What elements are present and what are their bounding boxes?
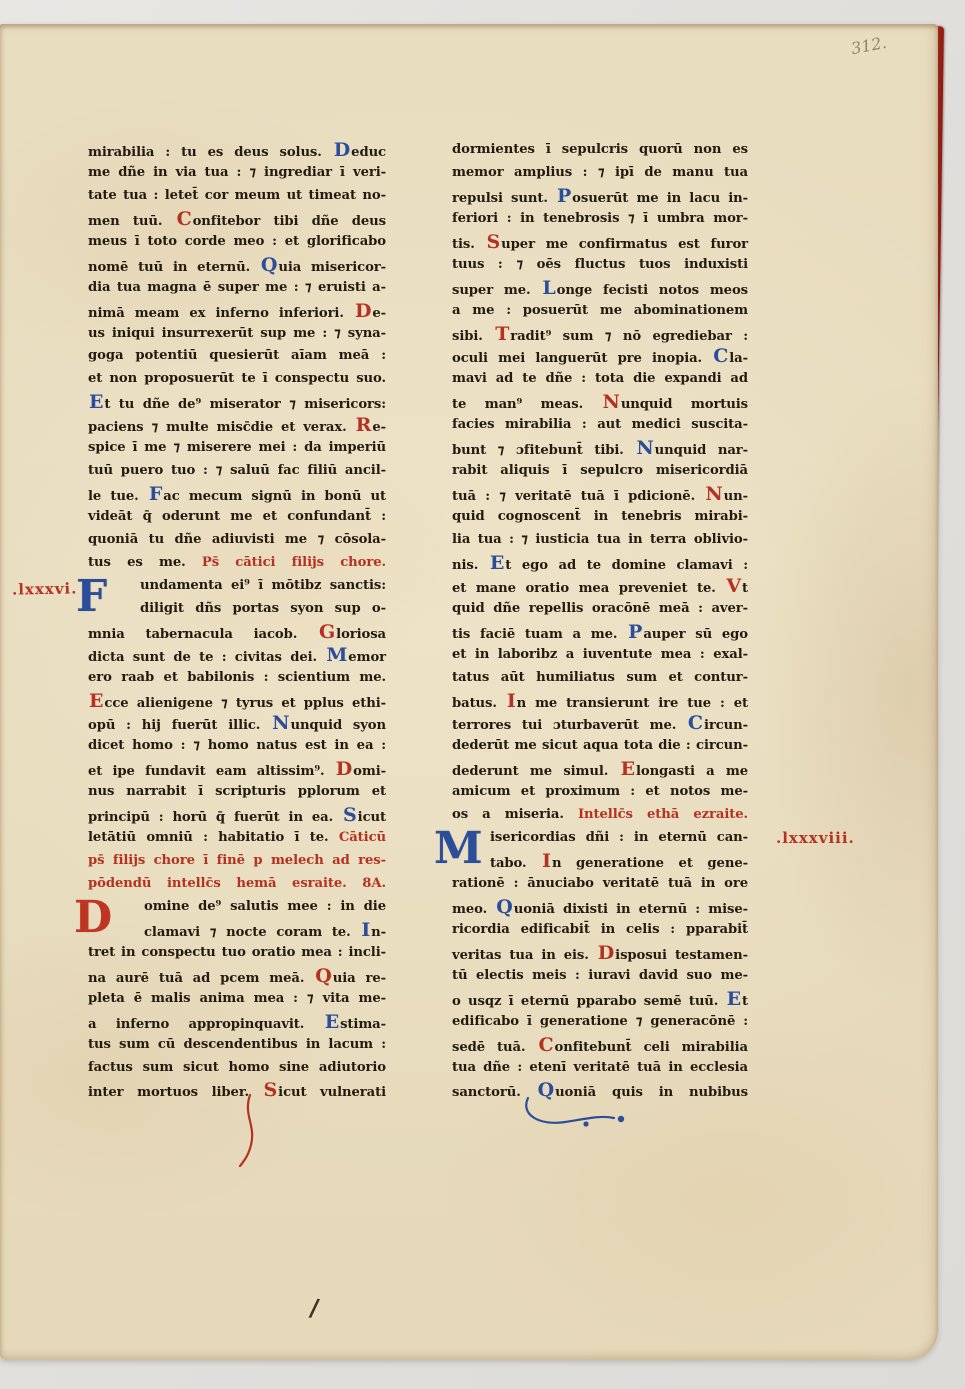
text-line: te man⁹ meas. Nunquid mortuis xyxy=(452,391,748,414)
body-text: onfitebunt̄ celi mirabilia xyxy=(555,1040,748,1055)
lombard-initial: R xyxy=(355,414,373,436)
lombard-initial: C xyxy=(712,345,729,367)
body-text: uia misericor- xyxy=(278,260,386,275)
text-line: ero raab et babilonis : scientium me. xyxy=(88,667,386,690)
body-text: letātiū omniū : habitatio ī te. xyxy=(88,830,339,845)
body-text: feriori : in tenebrosis ⁊ ī umbra mor- xyxy=(452,211,748,226)
lombard-initial: E xyxy=(88,391,104,413)
text-line: facies mirabilia : aut medici suscita- xyxy=(452,414,748,437)
body-text: tū electis meis : iuravi david suo me- xyxy=(452,968,748,983)
text-line: Misericordias dñi : in eternū can- xyxy=(452,827,748,850)
rubric-text: Ps̄ cātici filijs chore. xyxy=(202,555,386,570)
text-line: mavi ad te dñe : tota die expandi ad xyxy=(452,368,748,391)
body-text: repulsi sunt. xyxy=(452,191,556,206)
body-text: super me. xyxy=(452,283,541,298)
text-line: rabit aliquis ī sepulcro misericordiā xyxy=(452,460,748,483)
text-line: tus es me. Ps̄ cātici filijs chore. xyxy=(88,552,386,575)
text-line: clamavi ⁊ nocte coram te. In- xyxy=(88,919,386,942)
body-text: quid cognoscent̄ in tenebris mirabi- xyxy=(452,509,748,524)
lombard-initial: Q xyxy=(314,965,332,987)
body-text: tate tua : letet̄ cor meum ut timeat no- xyxy=(88,188,386,203)
body-text: a inferno appropinquavit. xyxy=(88,1017,324,1032)
text-line: batus. In me transierunt ire tue : et xyxy=(452,690,748,713)
body-text: rabit aliquis ī sepulcro misericordiā xyxy=(452,463,748,478)
lombard-initial: L xyxy=(541,277,556,299)
text-line: quid cognoscent̄ in tenebris mirabi- xyxy=(452,506,748,529)
lombard-initial: I xyxy=(360,919,371,941)
lombard-initial: P xyxy=(556,185,572,207)
lombard-initial: P xyxy=(627,621,643,643)
body-text: unquid mortuis xyxy=(621,397,748,412)
body-text: sibi. xyxy=(452,329,494,344)
body-text: tabo. xyxy=(490,856,541,871)
text-line: meus ī toto corde meo : et glorificabo xyxy=(88,231,386,254)
lombard-initial: C xyxy=(537,1034,554,1056)
text-line: tuū puero tuo : ⁊ saluū fac filiū ancil- xyxy=(88,460,386,483)
text-line: Fundamenta ei⁹ ī mōtibz sanctis: xyxy=(88,575,386,598)
text-line: principū : horū q̄ fuerūt in ea. Sicut xyxy=(88,804,386,827)
text-line: sedē tuā. Confitebunt̄ celi mirabilia xyxy=(452,1034,748,1057)
body-text: un- xyxy=(724,489,748,504)
body-text: mirabilia : tu es deus solus. xyxy=(88,145,333,160)
rubric-text: ps̄ filijs chore ī finē p melech ad res- xyxy=(88,853,386,868)
lombard-initial: N xyxy=(635,437,654,459)
body-text: omine de⁹ salutis mee : in die xyxy=(144,899,386,914)
body-text: meus ī toto corde meo : et glorificabo xyxy=(88,234,386,249)
text-line: dicta sunt de te : civitas dei. Memor xyxy=(88,644,386,667)
text-line: tuā : ⁊ veritatē tuā ī pdicionē. Nun- xyxy=(452,483,748,506)
lombard-initial: C xyxy=(176,208,193,230)
lombard-initial: I xyxy=(506,690,517,712)
psalm-number-margin-left: .lxxxvi. xyxy=(12,579,78,598)
lombard-initial: D xyxy=(335,758,353,780)
text-line: et mane oratio mea preveniet te. Vt xyxy=(452,575,748,598)
lombard-initial: N xyxy=(704,483,723,505)
body-text: te man⁹ meas. xyxy=(452,397,602,412)
body-text: opū : hij fuerūt illic. xyxy=(88,718,271,733)
lombard-initial: I xyxy=(541,850,552,872)
text-line: us iniqui insurrexerūt sup me : ⁊ syna- xyxy=(88,323,386,346)
lombard-initial: G xyxy=(318,621,336,643)
body-text: tus sum cū descendentibus in lacum : xyxy=(88,1037,386,1052)
text-line: na aurē tuā ad pcem meā. Quia re- xyxy=(88,965,386,988)
body-text: memor amplius : ⁊ ipī de manu tua xyxy=(452,165,748,180)
text-line: inter mortuos liber. Sicut vulnerati xyxy=(88,1079,386,1102)
body-text: nomē tuū in eternū. xyxy=(88,260,260,275)
text-line: o usqz ī eternū pparabo semē tuū. Et xyxy=(452,988,748,1011)
text-line: dormientes ī sepulcris quorū non es xyxy=(452,139,748,162)
body-text: t xyxy=(742,994,748,1009)
body-text: onfitebor tibi dñe deus xyxy=(193,214,386,229)
lombard-initial: E xyxy=(726,988,742,1010)
body-text: osuerūt me in lacu in- xyxy=(572,191,748,206)
text-line: amicum et proximum : et notos me- xyxy=(452,781,748,804)
text-line: me dñe in via tua : ⁊ ingrediar ī veri- xyxy=(88,162,386,185)
text-line: tis. Super me confirmatus est furor xyxy=(452,231,748,254)
lombard-initial: D xyxy=(597,942,615,964)
body-text: dederūt me sicut aqua tota die : circun- xyxy=(452,738,748,753)
text-line: tabo. In generatione et gene- xyxy=(452,850,748,873)
body-text: dormientes ī sepulcris quorū non es xyxy=(452,142,748,157)
body-text: tret in conspectu tuo oratio mea : incli… xyxy=(88,945,386,960)
body-text: nimā meam ex inferno inferiori. xyxy=(88,306,354,321)
body-text: rationē : ānuciabo veritatē tuā in ore xyxy=(452,876,748,891)
body-text: isposui testamen- xyxy=(615,948,748,963)
text-line: nomē tuū in eternū. Quia misericor- xyxy=(88,254,386,277)
text-line: Et tu dñe de⁹ miserator ⁊ misericors: xyxy=(88,391,386,414)
rubric-text: Intellc̄s ethā ezraite. xyxy=(578,807,748,822)
body-text: oculi mei languerūt pre inopia. xyxy=(452,351,712,366)
body-text: undamenta ei⁹ ī mōtibz sanctis: xyxy=(140,578,386,593)
body-text: principū : horū q̄ fuerūt in ea. xyxy=(88,810,342,825)
text-line: et non proposuerūt te ī conspectu suo. xyxy=(88,368,386,391)
text-line: diligit dñs portas syon sup o- xyxy=(88,598,386,621)
body-text: n- xyxy=(371,925,386,940)
body-text: batus. xyxy=(452,696,506,711)
text-line: mirabilia : tu es deus solus. Deduc xyxy=(88,139,386,162)
text-line: nus narrabit ī scripturis pplorum et xyxy=(88,781,386,804)
body-text: onge fecisti notos meos xyxy=(557,283,748,298)
text-line: videāt q̄ oderunt me et confundant̄ : xyxy=(88,506,386,529)
body-text: uoniā dixisti in eternū : mise- xyxy=(514,902,748,917)
body-text: inter mortuos liber. xyxy=(88,1085,263,1100)
text-line: ps̄ filijs chore ī finē p melech ad res- xyxy=(88,850,386,873)
body-text: auper sū ego xyxy=(643,627,748,642)
body-text: icut vulnerati xyxy=(278,1085,386,1100)
text-line: tis faciē tuam a me. Pauper sū ego xyxy=(452,621,748,644)
body-text: n generatione et gene- xyxy=(552,856,748,871)
text-line: memor amplius : ⁊ ipī de manu tua xyxy=(452,162,748,185)
body-text: la- xyxy=(729,351,748,366)
text-line: et ipe fundavit eam altissim⁹. Domi- xyxy=(88,758,386,781)
body-text: diligit dñs portas syon sup o- xyxy=(140,601,386,616)
body-text: stima- xyxy=(340,1017,386,1032)
body-text: unquid syon xyxy=(290,718,386,733)
body-text: nus narrabit ī scripturis pplorum et xyxy=(88,784,386,799)
lombard-initial: Q xyxy=(260,254,278,276)
body-text: et ipe fundavit eam altissim⁹. xyxy=(88,764,335,779)
lombard-initial: S xyxy=(486,231,502,253)
text-line: a me : posuerūt me abominationem xyxy=(452,300,748,323)
text-line: lia tua : ⁊ iusticia tua in terra oblivi… xyxy=(452,529,748,552)
body-text: ircun- xyxy=(704,718,748,733)
body-text: e- xyxy=(372,420,386,435)
text-line: terrores tui ɔturbaverūt me. Circun- xyxy=(452,712,748,735)
lombard-initial: C xyxy=(687,712,704,734)
text-line: paciens ⁊ multe misc̄die et verax. Re- xyxy=(88,414,386,437)
body-text: factus sum sicut homo sine adiutorio xyxy=(88,1060,386,1075)
text-line: dederūt me sicut aqua tota die : circun- xyxy=(452,735,748,758)
body-text: clamavi ⁊ nocte coram te. xyxy=(144,925,360,940)
body-text: ac mecum signū in bonū ut xyxy=(163,489,386,504)
lombard-initial: N xyxy=(271,712,290,734)
body-text: tis faciē tuam a me. xyxy=(452,627,627,642)
rubric-text: pōdendū intellc̄s hemā esraite. 8A. xyxy=(88,876,386,891)
text-line: men tuū. Confitebor tibi dñe deus xyxy=(88,208,386,231)
body-text: tus es me. xyxy=(88,555,202,570)
body-text: goga potentiū quesierūt aīam meā : xyxy=(88,348,386,363)
body-text: pleta ē malis anima mea : ⁊ vita me- xyxy=(88,991,386,1006)
body-text: videāt q̄ oderunt me et confundant̄ : xyxy=(88,509,386,524)
text-line: pleta ē malis anima mea : ⁊ vita me- xyxy=(88,988,386,1011)
body-text: dia tua magna ē super me : ⁊ eruisti a- xyxy=(88,280,386,295)
body-text: emor xyxy=(348,650,386,665)
text-line: nis. Et ego ad te domine clamavi : xyxy=(452,552,748,575)
body-text: us iniqui insurrexerūt sup me : ⁊ syna- xyxy=(88,326,386,341)
body-text: os a miseria. xyxy=(452,807,578,822)
text-line: le tue. Fac mecum signū in bonū ut xyxy=(88,483,386,506)
text-column-right: dormientes ī sepulcris quorū non esmemor… xyxy=(452,139,748,1102)
text-line: factus sum sicut homo sine adiutorio xyxy=(88,1057,386,1080)
text-line: quid dñe repellis oracōnē meā : aver- xyxy=(452,598,748,621)
text-line: Ecce alienigene ⁊ tyrus et pplus ethi- xyxy=(88,690,386,713)
text-line: bunt ⁊ ɔfitebunt̄ tibi. Nunquid nar- xyxy=(452,437,748,460)
body-text: spice ī me ⁊ miserere mei : da imperiū xyxy=(88,440,386,455)
body-text: ricordia edificabit̄ in celis : pparabit… xyxy=(452,922,748,937)
body-text: meo. xyxy=(452,902,495,917)
body-text: nis. xyxy=(452,558,489,573)
body-text: n me transierunt ire tue : et xyxy=(517,696,748,711)
lombard-initial: N xyxy=(602,391,621,413)
body-text: tuā : ⁊ veritatē tuā ī pdicionē. xyxy=(452,489,704,504)
body-text: mnia tabernacula iacob. xyxy=(88,627,318,642)
body-text: uper me confirmatus est furor xyxy=(501,237,748,252)
text-line: letātiū omniū : habitatio ī te. Cāticū xyxy=(88,827,386,850)
body-text: dicet homo : ⁊ homo natus est in ea : xyxy=(88,738,386,753)
lombard-initial: E xyxy=(489,552,505,574)
text-line: sibi. Tradit⁹ sum ⁊ nō egrediebar : xyxy=(452,323,748,346)
body-text: dederunt me simul. xyxy=(452,764,620,779)
text-line: tate tua : letet̄ cor meum ut timeat no- xyxy=(88,185,386,208)
lombard-initial: F xyxy=(148,483,163,505)
text-line: opū : hij fuerūt illic. Nunquid syon xyxy=(88,712,386,735)
body-text: edificabo ī generatione ⁊ generacōnē : xyxy=(452,1014,748,1029)
body-text: o usqz ī eternū pparabo semē tuū. xyxy=(452,994,726,1009)
body-text: educ xyxy=(351,145,386,160)
text-line: meo. Quoniā dixisti in eternū : mise- xyxy=(452,896,748,919)
body-text: tatus aūt humiliatus sum et contur- xyxy=(452,670,748,685)
text-line: goga potentiū quesierūt aīam meā : xyxy=(88,345,386,368)
text-line: spice ī me ⁊ miserere mei : da imperiū xyxy=(88,437,386,460)
body-text: t tu dñe de⁹ miserator ⁊ misericors: xyxy=(104,397,386,412)
body-text: le tue. xyxy=(88,489,148,504)
text-line: dicet homo : ⁊ homo natus est in ea : xyxy=(88,735,386,758)
psalm-number-margin-right: .lxxxviii. xyxy=(776,829,855,847)
lombard-initial: V xyxy=(725,575,742,597)
body-text: na aurē tuā ad pcem meā. xyxy=(88,971,314,986)
body-text: t xyxy=(742,581,748,596)
body-text: uia re- xyxy=(333,971,386,986)
body-text: men tuū. xyxy=(88,214,176,229)
text-line: tuus : ⁊ oēs fluctus tuos induxisti xyxy=(452,254,748,277)
body-text: loriosa xyxy=(336,627,386,642)
body-text: tuū puero tuo : ⁊ saluū fac filiū ancil- xyxy=(88,463,386,478)
body-text: omi- xyxy=(353,764,386,779)
body-text: sanctorū. xyxy=(452,1085,537,1100)
body-text: me dñe in via tua : ⁊ ingrediar ī veri- xyxy=(88,165,386,180)
body-text: amicum et proximum : et notos me- xyxy=(452,784,748,799)
lombard-initial: D xyxy=(354,300,372,322)
body-text: terrores tui ɔturbaverūt me. xyxy=(452,718,687,733)
body-text: longasti a me xyxy=(636,764,748,779)
text-line: dederunt me simul. Elongasti a me xyxy=(452,758,748,781)
text-line: Domine de⁹ salutis mee : in die xyxy=(88,896,386,919)
lombard-initial: E xyxy=(324,1011,340,1033)
body-text: icut xyxy=(358,810,386,825)
body-text: t ego ad te domine clamavi : xyxy=(505,558,748,573)
lombard-initial: S xyxy=(263,1079,279,1101)
body-text: e- xyxy=(372,306,386,321)
body-text: isericordias dñi : in eternū can- xyxy=(490,830,748,845)
text-line: rationē : ānuciabo veritatē tuā in ore xyxy=(452,873,748,896)
body-text: bunt ⁊ ɔfitebunt̄ tibi. xyxy=(452,443,635,458)
lombard-initial: E xyxy=(620,758,636,780)
lombard-initial: Q xyxy=(537,1079,555,1101)
text-line: et in laboribz a iuventute mea : exal- xyxy=(452,644,748,667)
text-line: tatus aūt humiliatus sum et contur- xyxy=(452,667,748,690)
manuscript-photo: 312. .lxxxvi. .lxxxviii. mirabilia : tu … xyxy=(0,0,965,1389)
text-line: oculi mei languerūt pre inopia. Cla- xyxy=(452,345,748,368)
text-line: ricordia edificabit̄ in celis : pparabit… xyxy=(452,919,748,942)
lombard-initial: T xyxy=(494,323,510,345)
body-text: veritas tua in eis. xyxy=(452,948,597,963)
lombard-initial: Q xyxy=(495,896,513,918)
lombard-initial: E xyxy=(88,690,104,712)
body-text: cce alienigene ⁊ tyrus et pplus ethi- xyxy=(104,696,386,711)
lombard-initial: D xyxy=(333,139,351,161)
lombard-initial: S xyxy=(342,804,358,826)
body-text: tua dñe : etenī veritatē tuā in ecclesia xyxy=(452,1060,748,1075)
text-line: sanctorū. Quoniā quis in nubibus xyxy=(452,1079,748,1102)
text-line: pōdendū intellc̄s hemā esraite. 8A. xyxy=(88,873,386,896)
rubric-text: Cāticū xyxy=(339,830,386,845)
body-text: et in laboribz a iuventute mea : exal- xyxy=(452,647,748,662)
text-line: tū electis meis : iuravi david suo me- xyxy=(452,965,748,988)
body-text: a me : posuerūt me abominationem xyxy=(452,303,748,318)
body-text: facies mirabilia : aut medici suscita- xyxy=(452,417,748,432)
text-column-left: mirabilia : tu es deus solus. Deducme dñ… xyxy=(88,139,386,1102)
text-line: tus sum cū descendentibus in lacum : xyxy=(88,1034,386,1057)
text-line: tua dñe : etenī veritatē tuā in ecclesia xyxy=(452,1057,748,1080)
text-line: mnia tabernacula iacob. Gloriosa xyxy=(88,621,386,644)
body-text: tuus : ⁊ oēs fluctus tuos induxisti xyxy=(452,257,748,272)
text-line: feriori : in tenebrosis ⁊ ī umbra mor- xyxy=(452,208,748,231)
body-text: unquid nar- xyxy=(655,443,748,458)
body-text: mavi ad te dñe : tota die expandi ad xyxy=(452,371,748,386)
body-text: et mane oratio mea preveniet te. xyxy=(452,581,725,596)
body-text: et non proposuerūt te ī conspectu suo. xyxy=(88,371,386,386)
body-text: dicta sunt de te : civitas dei. xyxy=(88,650,325,665)
lombard-initial: M xyxy=(325,644,348,666)
text-line: dia tua magna ē super me : ⁊ eruisti a- xyxy=(88,277,386,300)
text-line: veritas tua in eis. Disposui testamen- xyxy=(452,942,748,965)
text-line: tret in conspectu tuo oratio mea : incli… xyxy=(88,942,386,965)
body-text: ero raab et babilonis : scientium me. xyxy=(88,670,386,685)
body-text: uoniā quis in nubibus xyxy=(555,1085,748,1100)
body-text: paciens ⁊ multe misc̄die et verax. xyxy=(88,420,355,435)
body-text: radit⁹ sum ⁊ nō egrediebar : xyxy=(510,329,748,344)
text-line: quoniā tu dñe adiuvisti me ⁊ cōsola- xyxy=(88,529,386,552)
body-text: quid dñe repellis oracōnē meā : aver- xyxy=(452,601,748,616)
text-line: a inferno appropinquavit. Estima- xyxy=(88,1011,386,1034)
text-line: os a miseria. Intellc̄s ethā ezraite. xyxy=(452,804,748,827)
body-text: sedē tuā. xyxy=(452,1040,537,1055)
text-line: repulsi sunt. Posuerūt me in lacu in- xyxy=(452,185,748,208)
text-line: edificabo ī generatione ⁊ generacōnē : xyxy=(452,1011,748,1034)
text-line: nimā meam ex inferno inferiori. De- xyxy=(88,300,386,323)
body-text: lia tua : ⁊ iusticia tua in terra oblivi… xyxy=(452,532,748,547)
body-text: quoniā tu dñe adiuvisti me ⁊ cōsola- xyxy=(88,532,386,547)
text-line: super me. Longe fecisti notos meos xyxy=(452,277,748,300)
body-text: tis. xyxy=(452,237,486,252)
